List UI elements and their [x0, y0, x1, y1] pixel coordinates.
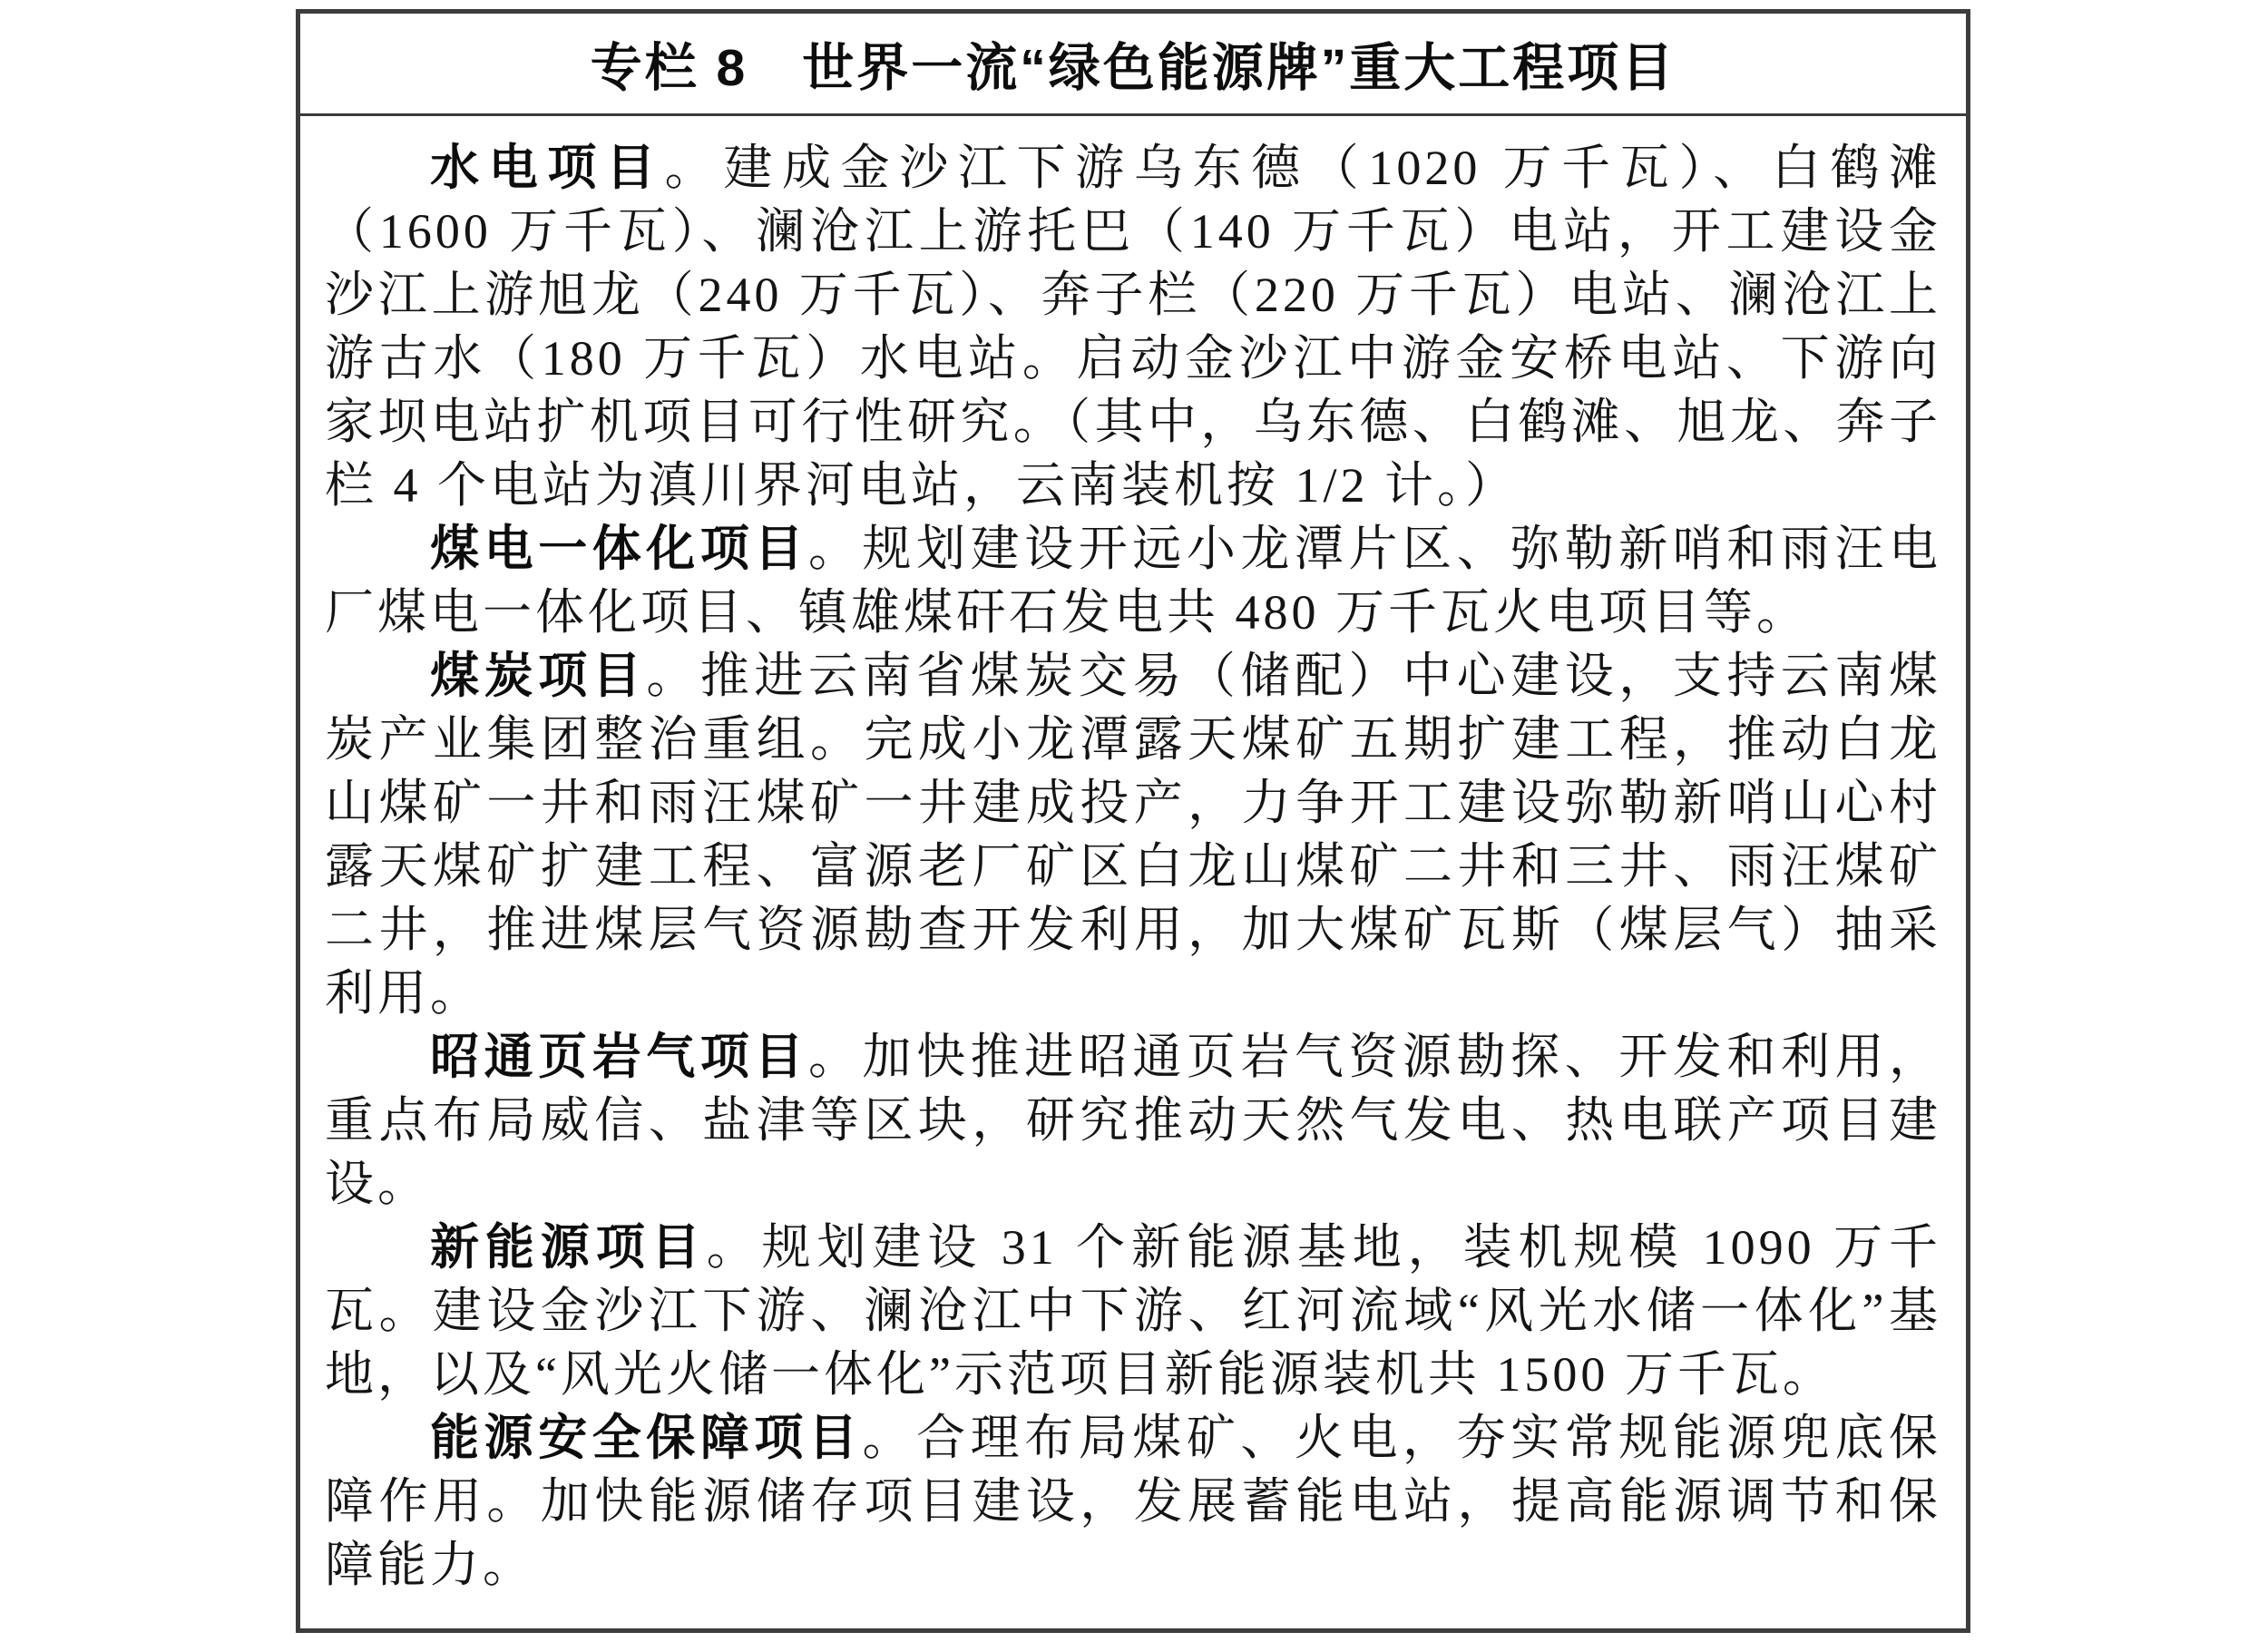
paragraph-coal-power-integration: 煤电一体化项目。规划建设开远小龙潭片区、弥勒新哨和雨汪电厂煤电一体化项目、镇雄煤…: [325, 517, 1941, 644]
panel-title: 专栏 8 世界一流“绿色能源牌”重大工程项目: [591, 26, 1677, 101]
boxed-panel-column-8: 专栏 8 世界一流“绿色能源牌”重大工程项目 水电项目。建成金沙江下游乌东德（1…: [296, 9, 1970, 1633]
paragraph-lead: 煤电一体化项目: [430, 522, 808, 576]
paragraph-lead: 水电项目: [430, 141, 665, 195]
paragraph-energy-security: 能源安全保障项目。合理布局煤矿、火电，夯实常规能源兜底保障作用。加快能源储存项目…: [325, 1406, 1941, 1597]
panel-title-bar: 专栏 8 世界一流“绿色能源牌”重大工程项目: [300, 14, 1966, 116]
paragraph-lead: 昭通页岩气项目: [430, 1030, 808, 1084]
paragraph-lead: 能源安全保障项目: [430, 1411, 862, 1465]
paragraph-text: 。推进云南省煤炭交易（储配）中心建设，支持云南煤炭产业集团整治重组。完成小龙潭露…: [325, 649, 1941, 1021]
paragraph-lead: 新能源项目: [430, 1220, 707, 1275]
paragraph-coal: 煤炭项目。推进云南省煤炭交易（储配）中心建设，支持云南煤炭产业集团整治重组。完成…: [325, 644, 1941, 1025]
paragraph-hydropower: 水电项目。建成金沙江下游乌东德（1020 万千瓦）、白鹤滩（1600 万千瓦）、…: [325, 136, 1941, 517]
panel-body: 水电项目。建成金沙江下游乌东德（1020 万千瓦）、白鹤滩（1600 万千瓦）、…: [300, 116, 1966, 1628]
paragraph-lead: 煤炭项目: [430, 649, 646, 703]
document-page: 专栏 8 世界一流“绿色能源牌”重大工程项目 水电项目。建成金沙江下游乌东德（1…: [0, 0, 2268, 1642]
paragraph-text: 。建成金沙江下游乌东德（1020 万千瓦）、白鹤滩（1600 万千瓦）、澜沧江上…: [325, 141, 1941, 513]
paragraph-new-energy: 新能源项目。规划建设 31 个新能源基地，装机规模 1090 万千瓦。建设金沙江…: [325, 1216, 1941, 1406]
paragraph-shale-gas: 昭通页岩气项目。加快推进昭通页岩气资源勘探、开发和利用，重点布局威信、盐津等区块…: [325, 1025, 1941, 1216]
